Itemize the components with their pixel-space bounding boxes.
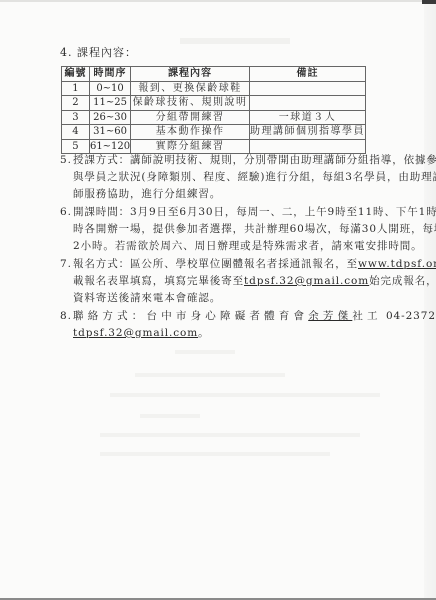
- cell-time: 31~60: [89, 125, 130, 140]
- text: 載報名表單填寫，填寫完畢後寄至: [73, 275, 244, 287]
- table-row: 4 31~60 基本動作操作 助理講師個別指導學員: [62, 125, 366, 140]
- bleed-through-mark: [110, 393, 380, 397]
- section-4-heading: 4. 課程內容：: [60, 44, 137, 60]
- cell-content: 報到、更換保齡球鞋: [131, 81, 250, 96]
- item-line: 載報名表單填寫，填寫完畢後寄至tdpsf.32@gmail.com始完成報名，報…: [60, 273, 390, 290]
- bleed-through-mark: [135, 373, 285, 377]
- item-line: 授課方式：講師說明技術、規則，分別帶開由助理講師分組指導，依據參: [60, 152, 390, 169]
- cell-time: 0~10: [89, 81, 130, 96]
- table-row: 2 11~25 保齡球技術、規則說明: [62, 96, 366, 111]
- item-5-teaching-method: 5. 授課方式：講師說明技術、規則，分別帶開由助理講師分組指導，依據參 與學員之…: [60, 152, 390, 203]
- contact-role: 社工: [352, 310, 381, 322]
- contact-phone: 04-23724527: [386, 310, 436, 322]
- scan-edge-top: [0, 0, 436, 2]
- website-link[interactable]: www.tdpsf.org: [358, 258, 436, 270]
- cell-number: 1: [62, 81, 90, 96]
- item-8-contact: 8. 聯絡方式：台中市身心障礙者體育會余芳傑社工 04-23724527 tdp…: [60, 308, 390, 342]
- item-number: 7.: [60, 256, 72, 273]
- cell-content: 基本動作操作: [131, 125, 250, 140]
- item-line: 開課時間：3月9日至6月30日，每周一、二，上午9時至11時、下午1時至3: [60, 204, 390, 221]
- item-6-class-schedule: 6. 開課時間：3月9日至6月30日，每周一、二，上午9時至11時、下午1時至3…: [60, 204, 390, 255]
- cell-note: 一球道３人: [249, 110, 365, 125]
- contact-org: 聯絡方式：台中市身心障礙者體育會: [73, 310, 308, 322]
- cell-content: 分組帶開練習: [131, 110, 250, 125]
- section-4-number: 4.: [60, 46, 73, 59]
- course-content-table: 編號 時間序 課程內容 備註 1 0~10 報到、更換保齡球鞋 2 11~25 …: [61, 66, 366, 154]
- bleed-through-mark: [140, 414, 200, 418]
- bleed-through-mark: [180, 38, 290, 44]
- item-line: 時各開辦一場，提供參加者選擇，共計辦理60場次，每滿30人開班，每場: [60, 221, 390, 238]
- email-link[interactable]: tdpsf.32@gmail.com: [244, 275, 369, 287]
- item-line: 與學員之狀況(身障類別、程度、經驗)進行分組，每組3名學員，由助理講: [60, 169, 390, 186]
- table-row: 3 26~30 分組帶開練習 一球道３人: [62, 110, 366, 125]
- table-row: 1 0~10 報到、更換保齡球鞋: [62, 81, 366, 96]
- cell-note: 助理講師個別指導學員: [249, 125, 365, 140]
- text: 。: [198, 327, 209, 339]
- text: 始完成報名，報名: [369, 275, 436, 287]
- cell-time: 11~25: [89, 96, 130, 111]
- table-header-row: 編號 時間序 課程內容 備註: [62, 67, 366, 82]
- item-line: 資料寄送後請來電本會確認。: [60, 290, 390, 307]
- item-number: 6.: [60, 204, 72, 221]
- item-7-registration: 7. 報名方式：區公所、學校單位團體報名者採通訊報名，至www.tdpsf.or…: [60, 256, 390, 307]
- item-line: 2小時。若需欲於周六、周日辦理或是特殊需求者，請來電安排時間。: [60, 238, 390, 255]
- cell-content: 保齡球技術、規則說明: [131, 96, 250, 111]
- scan-edge-right: [424, 0, 436, 600]
- cell-note: [249, 81, 365, 96]
- bleed-through-mark: [175, 350, 235, 354]
- item-number: 8.: [60, 308, 72, 325]
- header-note: 備註: [249, 67, 365, 82]
- header-number: 編號: [62, 67, 90, 82]
- header-content: 課程內容: [131, 67, 250, 82]
- item-line: tdpsf.32@gmail.com。: [60, 325, 390, 342]
- bleed-through-mark: [100, 452, 330, 456]
- text: 報名方式：區公所、學校單位團體報名者採通訊報名，至: [73, 258, 358, 270]
- cell-number: 4: [62, 125, 90, 140]
- contact-name: 余芳傑: [308, 310, 352, 322]
- item-line: 師服務協助，進行分組練習。: [60, 186, 390, 203]
- bleed-through-mark: [100, 433, 360, 437]
- scan-corner: [422, 0, 436, 4]
- cell-number: 2: [62, 96, 90, 111]
- cell-time: 26~30: [89, 110, 130, 125]
- header-time: 時間序: [89, 67, 130, 82]
- item-number: 5.: [60, 152, 72, 169]
- item-line: 報名方式：區公所、學校單位團體報名者採通訊報名，至www.tdpsf.org下: [60, 256, 390, 273]
- contact-email-link[interactable]: tdpsf.32@gmail.com: [73, 327, 198, 339]
- section-4-title: 課程內容：: [77, 46, 137, 59]
- cell-note: [249, 96, 365, 111]
- cell-number: 3: [62, 110, 90, 125]
- item-line: 聯絡方式：台中市身心障礙者體育會余芳傑社工 04-23724527: [60, 308, 390, 325]
